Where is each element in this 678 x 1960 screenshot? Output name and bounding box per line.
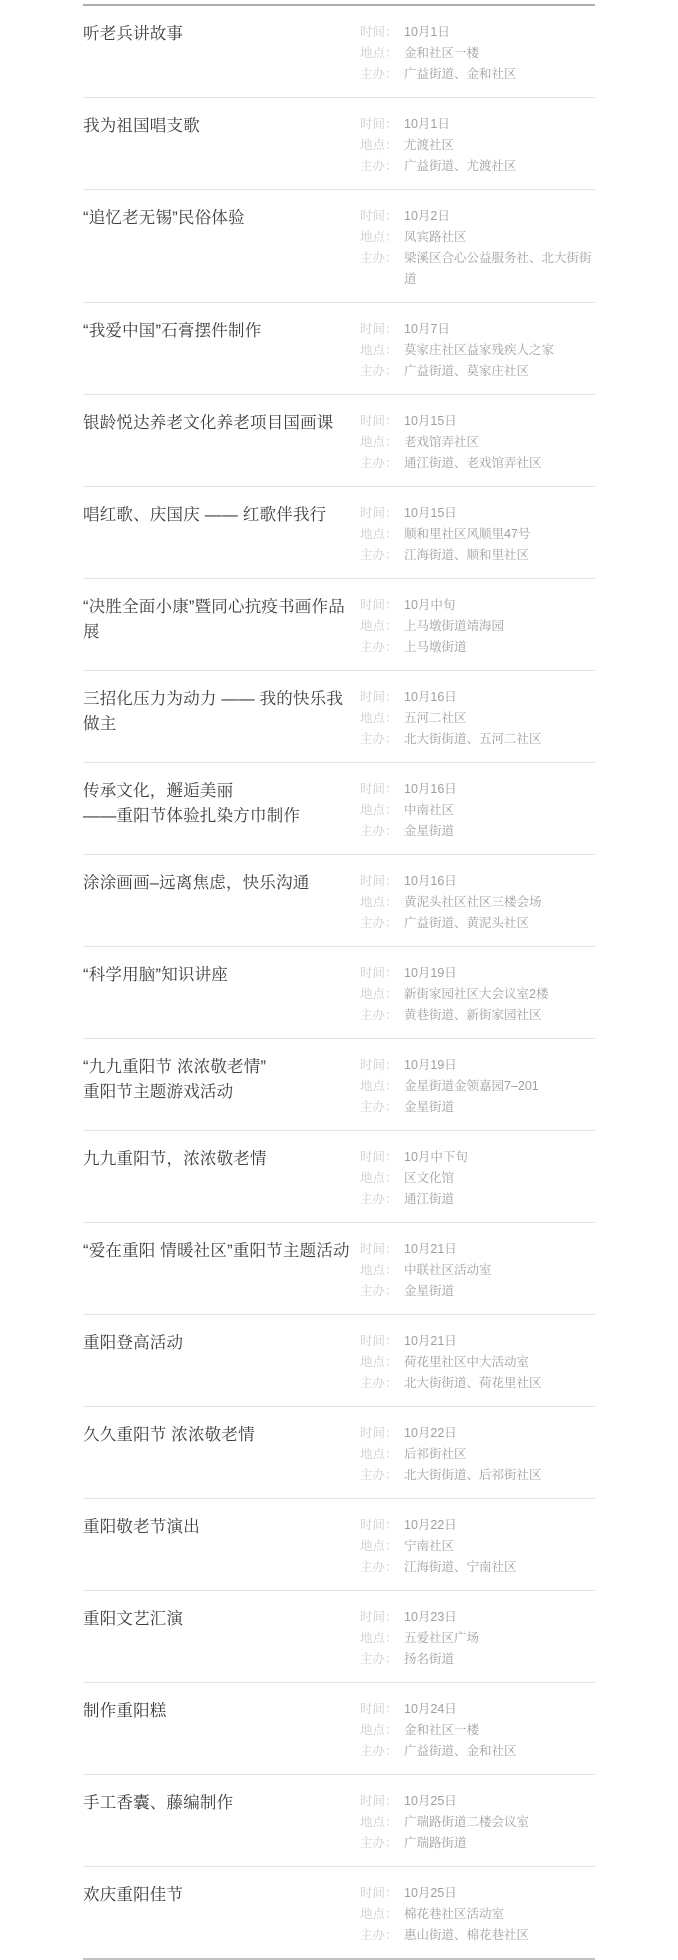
time-label: 时间： (360, 1607, 404, 1628)
event-time-line: 时间： 10月16日 (360, 871, 595, 892)
location-label: 地点： (360, 1904, 404, 1925)
event-time-line: 时间： 10月15日 (360, 503, 595, 524)
time-label: 时间： (360, 1883, 404, 1904)
location-label: 地点： (360, 1628, 404, 1649)
event-location-line: 地点： 凤宾路社区 (360, 227, 595, 248)
time-label: 时间： (360, 114, 404, 135)
organizer-label: 主办： (360, 821, 404, 842)
organizer-label: 主办： (360, 637, 404, 658)
organizer-value: 金星街道 (404, 1281, 595, 1302)
event-meta: 时间： 10月1日 地点： 尤渡社区 主办： 广益街道、尤渡社区 (360, 114, 595, 177)
location-label: 地点： (360, 616, 404, 637)
location-label: 地点： (360, 1812, 404, 1833)
location-label: 地点： (360, 43, 404, 64)
location-value: 黄泥头社区社区三楼会场 (404, 892, 595, 913)
organizer-label: 主办： (360, 1833, 404, 1854)
location-value: 上马墩街道靖海园 (404, 616, 595, 637)
event-row: 我为祖国唱支歌 时间： 10月1日 地点： 尤渡社区 主办： 广益街道、尤渡社区 (83, 98, 595, 190)
time-value: 10月25日 (404, 1883, 595, 1904)
organizer-value: 江海街道、宁南社区 (404, 1557, 595, 1578)
location-label: 地点： (360, 1260, 404, 1281)
event-row: 三招化压力为动力 —— 我的快乐我做主 时间： 10月16日 地点： 五河二社区… (83, 671, 595, 763)
events-page: 听老兵讲故事 时间： 10月1日 地点： 金和社区一楼 主办： 广益街道、金和社… (0, 4, 678, 1960)
event-meta: 时间： 10月15日 地点： 老戏馆弄社区 主办： 通江街道、老戏馆弄社区 (360, 411, 595, 474)
location-value: 区文化馆 (404, 1168, 595, 1189)
organizer-value: 江海街道、顺和里社区 (404, 545, 595, 566)
organizer-label: 主办： (360, 1005, 404, 1026)
organizer-label: 主办： (360, 361, 404, 382)
event-time-line: 时间： 10月15日 (360, 411, 595, 432)
event-title: 重阳登高活动 (83, 1331, 360, 1356)
event-title: 我为祖国唱支歌 (83, 114, 360, 139)
organizer-label: 主办： (360, 1281, 404, 1302)
event-meta: 时间： 10月16日 地点： 中南社区 主办： 金星街道 (360, 779, 595, 842)
location-label: 地点： (360, 135, 404, 156)
event-time-line: 时间： 10月23日 (360, 1607, 595, 1628)
event-time-line: 时间： 10月2日 (360, 206, 595, 227)
event-location-line: 地点： 新街家园社区大会议室2楼 (360, 984, 595, 1005)
time-label: 时间： (360, 779, 404, 800)
event-meta: 时间： 10月1日 地点： 金和社区一楼 主办： 广益街道、金和社区 (360, 22, 595, 85)
event-organizer-line: 主办： 广益街道、金和社区 (360, 1741, 595, 1762)
event-time-line: 时间： 10月25日 (360, 1791, 595, 1812)
event-organizer-line: 主办： 广瑞路街道 (360, 1833, 595, 1854)
event-organizer-line: 主办： 广益街道、尤渡社区 (360, 156, 595, 177)
location-label: 地点： (360, 524, 404, 545)
time-label: 时间： (360, 595, 404, 616)
event-time-line: 时间： 10月21日 (360, 1331, 595, 1352)
event-organizer-line: 主办： 通江街道 (360, 1189, 595, 1210)
event-location-line: 地点： 上马墩街道靖海园 (360, 616, 595, 637)
location-value: 新街家园社区大会议室2楼 (404, 984, 595, 1005)
time-label: 时间： (360, 1791, 404, 1812)
time-label: 时间： (360, 503, 404, 524)
time-label: 时间： (360, 1331, 404, 1352)
event-title: “爱在重阳 情暖社区”重阳节主题活动 (83, 1239, 360, 1264)
event-organizer-line: 主办： 通江街道、老戏馆弄社区 (360, 453, 595, 474)
organizer-value: 广益街道、金和社区 (404, 64, 595, 85)
location-label: 地点： (360, 227, 404, 248)
location-label: 地点： (360, 1168, 404, 1189)
organizer-value: 广瑞路街道 (404, 1833, 595, 1854)
organizer-label: 主办： (360, 1373, 404, 1394)
location-value: 老戏馆弄社区 (404, 432, 595, 453)
event-title: 重阳敬老节演出 (83, 1515, 360, 1540)
organizer-label: 主办： (360, 545, 404, 566)
organizer-value: 通江街道、老戏馆弄社区 (404, 453, 595, 474)
event-time-line: 时间： 10月22日 (360, 1515, 595, 1536)
organizer-label: 主办： (360, 248, 404, 290)
location-label: 地点： (360, 1444, 404, 1465)
event-title: “九九重阳节 浓浓敬老情” 重阳节主题游戏活动 (83, 1055, 360, 1105)
time-label: 时间： (360, 687, 404, 708)
location-label: 地点： (360, 1536, 404, 1557)
organizer-value: 广益街道、金和社区 (404, 1741, 595, 1762)
event-location-line: 地点： 棉花巷社区活动室 (360, 1904, 595, 1925)
event-meta: 时间： 10月22日 地点： 后祁街社区 主办： 北大街街道、后祁街社区 (360, 1423, 595, 1486)
event-title: 九九重阳节，浓浓敬老情 (83, 1147, 360, 1172)
event-meta: 时间： 10月2日 地点： 凤宾路社区 主办： 梁溪区合心公益服务社、北大街街道 (360, 206, 595, 290)
location-value: 宁南社区 (404, 1536, 595, 1557)
event-location-line: 地点： 尤渡社区 (360, 135, 595, 156)
event-meta: 时间： 10月19日 地点： 新街家园社区大会议室2楼 主办： 黄巷街道、新街家… (360, 963, 595, 1026)
event-time-line: 时间： 10月21日 (360, 1239, 595, 1260)
event-location-line: 地点： 金和社区一楼 (360, 43, 595, 64)
location-value: 尤渡社区 (404, 135, 595, 156)
organizer-label: 主办： (360, 1097, 404, 1118)
event-meta: 时间： 10月25日 地点： 棉花巷社区活动室 主办： 惠山街道、棉花巷社区 (360, 1883, 595, 1946)
time-label: 时间： (360, 1147, 404, 1168)
event-row: 制作重阳糕 时间： 10月24日 地点： 金和社区一楼 主办： 广益街道、金和社… (83, 1683, 595, 1775)
time-value: 10月16日 (404, 779, 595, 800)
time-value: 10月1日 (404, 22, 595, 43)
event-organizer-line: 主办： 扬名街道 (360, 1649, 595, 1670)
event-organizer-line: 主办： 惠山街道、棉花巷社区 (360, 1925, 595, 1946)
event-meta: 时间： 10月中下旬 地点： 区文化馆 主办： 通江街道 (360, 1147, 595, 1210)
time-label: 时间： (360, 319, 404, 340)
organizer-label: 主办： (360, 1741, 404, 1762)
event-meta: 时间： 10月23日 地点： 五爱社区广场 主办： 扬名街道 (360, 1607, 595, 1670)
location-value: 中联社区活动室 (404, 1260, 595, 1281)
event-time-line: 时间： 10月22日 (360, 1423, 595, 1444)
event-title: “我爱中国”石膏摆件制作 (83, 319, 360, 344)
event-meta: 时间： 10月19日 地点： 金星街道金领嘉园7–201 主办： 金星街道 (360, 1055, 595, 1118)
event-title: 制作重阳糕 (83, 1699, 360, 1724)
location-label: 地点： (360, 1352, 404, 1373)
event-time-line: 时间： 10月中下旬 (360, 1147, 595, 1168)
event-organizer-line: 主办： 江海街道、宁南社区 (360, 1557, 595, 1578)
time-label: 时间： (360, 411, 404, 432)
event-location-line: 地点： 老戏馆弄社区 (360, 432, 595, 453)
organizer-label: 主办： (360, 1557, 404, 1578)
location-label: 地点： (360, 892, 404, 913)
location-value: 顺和里社区风顺里47号 (404, 524, 595, 545)
event-row: “爱在重阳 情暖社区”重阳节主题活动 时间： 10月21日 地点： 中联社区活动… (83, 1223, 595, 1315)
location-label: 地点： (360, 432, 404, 453)
organizer-value: 广益街道、尤渡社区 (404, 156, 595, 177)
event-time-line: 时间： 10月1日 (360, 114, 595, 135)
event-title: 三招化压力为动力 —— 我的快乐我做主 (83, 687, 360, 737)
organizer-value: 梁溪区合心公益服务社、北大街街道 (404, 248, 595, 290)
event-time-line: 时间： 10月1日 (360, 22, 595, 43)
event-row: 重阳登高活动 时间： 10月21日 地点： 荷花里社区中大活动室 主办： 北大街… (83, 1315, 595, 1407)
time-value: 10月25日 (404, 1791, 595, 1812)
event-row: “九九重阳节 浓浓敬老情” 重阳节主题游戏活动 时间： 10月19日 地点： 金… (83, 1039, 595, 1131)
event-location-line: 地点： 顺和里社区风顺里47号 (360, 524, 595, 545)
location-label: 地点： (360, 1076, 404, 1097)
time-label: 时间： (360, 871, 404, 892)
event-location-line: 地点： 莫家庄社区益家残疾人之家 (360, 340, 595, 361)
event-meta: 时间： 10月24日 地点： 金和社区一楼 主办： 广益街道、金和社区 (360, 1699, 595, 1762)
time-label: 时间： (360, 1423, 404, 1444)
time-label: 时间： (360, 963, 404, 984)
event-title: “决胜全面小康”暨同心抗疫书画作品展 (83, 595, 360, 645)
organizer-value: 北大街街道、荷花里社区 (404, 1373, 595, 1394)
event-organizer-line: 主办： 金星街道 (360, 1097, 595, 1118)
time-label: 时间： (360, 1699, 404, 1720)
organizer-value: 惠山街道、棉花巷社区 (404, 1925, 595, 1946)
event-time-line: 时间： 10月中旬 (360, 595, 595, 616)
organizer-value: 通江街道 (404, 1189, 595, 1210)
event-time-line: 时间： 10月19日 (360, 963, 595, 984)
event-location-line: 地点： 中联社区活动室 (360, 1260, 595, 1281)
event-location-line: 地点： 金和社区一楼 (360, 1720, 595, 1741)
organizer-value: 上马墩街道 (404, 637, 595, 658)
event-row: 重阳文艺汇演 时间： 10月23日 地点： 五爱社区广场 主办： 扬名街道 (83, 1591, 595, 1683)
event-list: 听老兵讲故事 时间： 10月1日 地点： 金和社区一楼 主办： 广益街道、金和社… (83, 4, 595, 1960)
time-label: 时间： (360, 1239, 404, 1260)
organizer-label: 主办： (360, 453, 404, 474)
time-label: 时间： (360, 1515, 404, 1536)
event-meta: 时间： 10月中旬 地点： 上马墩街道靖海园 主办： 上马墩街道 (360, 595, 595, 658)
location-value: 广瑞路街道二楼会议室 (404, 1812, 595, 1833)
event-organizer-line: 主办： 广益街道、金和社区 (360, 64, 595, 85)
time-value: 10月16日 (404, 871, 595, 892)
event-row: 九九重阳节，浓浓敬老情 时间： 10月中下旬 地点： 区文化馆 主办： 通江街道 (83, 1131, 595, 1223)
event-location-line: 地点： 五河二社区 (360, 708, 595, 729)
event-title: 手工香囊、藤编制作 (83, 1791, 360, 1816)
time-value: 10月19日 (404, 1055, 595, 1076)
time-label: 时间： (360, 1055, 404, 1076)
time-value: 10月7日 (404, 319, 595, 340)
organizer-value: 黄巷街道、新街家园社区 (404, 1005, 595, 1026)
time-value: 10月中旬 (404, 595, 595, 616)
location-label: 地点： (360, 800, 404, 821)
event-location-line: 地点： 后祁街社区 (360, 1444, 595, 1465)
event-meta: 时间： 10月16日 地点： 五河二社区 主办： 北大街街道、五河二社区 (360, 687, 595, 750)
location-value: 金和社区一楼 (404, 43, 595, 64)
location-value: 莫家庄社区益家残疾人之家 (404, 340, 595, 361)
event-location-line: 地点： 五爱社区广场 (360, 1628, 595, 1649)
time-value: 10月22日 (404, 1423, 595, 1444)
event-organizer-line: 主办： 广益街道、莫家庄社区 (360, 361, 595, 382)
event-location-line: 地点： 广瑞路街道二楼会议室 (360, 1812, 595, 1833)
time-label: 时间： (360, 22, 404, 43)
event-time-line: 时间： 10月7日 (360, 319, 595, 340)
event-title: 涂涂画画–远离焦虑，快乐沟通 (83, 871, 360, 896)
location-value: 中南社区 (404, 800, 595, 821)
event-location-line: 地点： 宁南社区 (360, 1536, 595, 1557)
organizer-value: 广益街道、莫家庄社区 (404, 361, 595, 382)
event-time-line: 时间： 10月16日 (360, 687, 595, 708)
event-row: “科学用脑”知识讲座 时间： 10月19日 地点： 新街家园社区大会议室2楼 主… (83, 947, 595, 1039)
event-meta: 时间： 10月15日 地点： 顺和里社区风顺里47号 主办： 江海街道、顺和里社… (360, 503, 595, 566)
location-value: 金星街道金领嘉园7–201 (404, 1076, 595, 1097)
event-row: “决胜全面小康”暨同心抗疫书画作品展 时间： 10月中旬 地点： 上马墩街道靖海… (83, 579, 595, 671)
time-value: 10月中下旬 (404, 1147, 595, 1168)
event-title: 欢庆重阳佳节 (83, 1883, 360, 1908)
event-location-line: 地点： 区文化馆 (360, 1168, 595, 1189)
time-value: 10月1日 (404, 114, 595, 135)
event-title: 唱红歌、庆国庆 —— 红歌伴我行 (83, 503, 360, 528)
event-organizer-line: 主办： 梁溪区合心公益服务社、北大街街道 (360, 248, 595, 290)
location-value: 棉花巷社区活动室 (404, 1904, 595, 1925)
event-row: 重阳敬老节演出 时间： 10月22日 地点： 宁南社区 主办： 江海街道、宁南社… (83, 1499, 595, 1591)
event-organizer-line: 主办： 北大街街道、荷花里社区 (360, 1373, 595, 1394)
time-value: 10月19日 (404, 963, 595, 984)
event-row: 听老兵讲故事 时间： 10月1日 地点： 金和社区一楼 主办： 广益街道、金和社… (83, 6, 595, 98)
organizer-value: 北大街街道、五河二社区 (404, 729, 595, 750)
event-time-line: 时间： 10月16日 (360, 779, 595, 800)
organizer-label: 主办： (360, 1925, 404, 1946)
location-label: 地点： (360, 1720, 404, 1741)
event-organizer-line: 主办： 金星街道 (360, 1281, 595, 1302)
location-label: 地点： (360, 708, 404, 729)
time-value: 10月24日 (404, 1699, 595, 1720)
organizer-value: 北大街街道、后祁街社区 (404, 1465, 595, 1486)
time-value: 10月15日 (404, 503, 595, 524)
location-value: 后祁街社区 (404, 1444, 595, 1465)
event-time-line: 时间： 10月24日 (360, 1699, 595, 1720)
event-organizer-line: 主办： 北大街街道、五河二社区 (360, 729, 595, 750)
event-title: “追忆老无锡”民俗体验 (83, 206, 360, 231)
event-organizer-line: 主办： 北大街街道、后祁街社区 (360, 1465, 595, 1486)
organizer-value: 金星街道 (404, 821, 595, 842)
organizer-label: 主办： (360, 729, 404, 750)
event-title: “科学用脑”知识讲座 (83, 963, 360, 988)
event-organizer-line: 主办： 江海街道、顺和里社区 (360, 545, 595, 566)
event-row: “追忆老无锡”民俗体验 时间： 10月2日 地点： 凤宾路社区 主办： 梁溪区合… (83, 190, 595, 303)
event-row: 手工香囊、藤编制作 时间： 10月25日 地点： 广瑞路街道二楼会议室 主办： … (83, 1775, 595, 1867)
organizer-value: 广益街道、黄泥头社区 (404, 913, 595, 934)
event-row: 涂涂画画–远离焦虑，快乐沟通 时间： 10月16日 地点： 黄泥头社区社区三楼会… (83, 855, 595, 947)
event-meta: 时间： 10月21日 地点： 中联社区活动室 主办： 金星街道 (360, 1239, 595, 1302)
location-value: 凤宾路社区 (404, 227, 595, 248)
organizer-value: 金星街道 (404, 1097, 595, 1118)
location-value: 金和社区一楼 (404, 1720, 595, 1741)
event-organizer-line: 主办： 黄巷街道、新街家园社区 (360, 1005, 595, 1026)
event-location-line: 地点： 黄泥头社区社区三楼会场 (360, 892, 595, 913)
event-meta: 时间： 10月7日 地点： 莫家庄社区益家残疾人之家 主办： 广益街道、莫家庄社… (360, 319, 595, 382)
event-title: 重阳文艺汇演 (83, 1607, 360, 1632)
organizer-label: 主办： (360, 1649, 404, 1670)
event-location-line: 地点： 中南社区 (360, 800, 595, 821)
event-time-line: 时间： 10月19日 (360, 1055, 595, 1076)
location-label: 地点： (360, 340, 404, 361)
event-organizer-line: 主办： 金星街道 (360, 821, 595, 842)
time-value: 10月2日 (404, 206, 595, 227)
event-time-line: 时间： 10月25日 (360, 1883, 595, 1904)
organizer-value: 扬名街道 (404, 1649, 595, 1670)
event-row: 传承文化，邂逅美丽 ——重阳节体验扎染方巾制作 时间： 10月16日 地点： 中… (83, 763, 595, 855)
event-title: 传承文化，邂逅美丽 ——重阳节体验扎染方巾制作 (83, 779, 360, 829)
time-value: 10月21日 (404, 1239, 595, 1260)
event-row: “我爱中国”石膏摆件制作 时间： 10月7日 地点： 莫家庄社区益家残疾人之家 … (83, 303, 595, 395)
location-value: 荷花里社区中大活动室 (404, 1352, 595, 1373)
event-meta: 时间： 10月21日 地点： 荷花里社区中大活动室 主办： 北大街街道、荷花里社… (360, 1331, 595, 1394)
location-label: 地点： (360, 984, 404, 1005)
event-meta: 时间： 10月22日 地点： 宁南社区 主办： 江海街道、宁南社区 (360, 1515, 595, 1578)
organizer-label: 主办： (360, 156, 404, 177)
event-row: 银龄悦达养老文化养老项目国画课 时间： 10月15日 地点： 老戏馆弄社区 主办… (83, 395, 595, 487)
time-value: 10月22日 (404, 1515, 595, 1536)
time-label: 时间： (360, 206, 404, 227)
event-meta: 时间： 10月25日 地点： 广瑞路街道二楼会议室 主办： 广瑞路街道 (360, 1791, 595, 1854)
event-row: 唱红歌、庆国庆 —— 红歌伴我行 时间： 10月15日 地点： 顺和里社区风顺里… (83, 487, 595, 579)
time-value: 10月23日 (404, 1607, 595, 1628)
event-title: 久久重阳节 浓浓敬老情 (83, 1423, 360, 1448)
location-value: 五河二社区 (404, 708, 595, 729)
organizer-label: 主办： (360, 913, 404, 934)
event-title: 听老兵讲故事 (83, 22, 360, 47)
location-value: 五爱社区广场 (404, 1628, 595, 1649)
organizer-label: 主办： (360, 1189, 404, 1210)
organizer-label: 主办： (360, 1465, 404, 1486)
event-location-line: 地点： 金星街道金领嘉园7–201 (360, 1076, 595, 1097)
time-value: 10月15日 (404, 411, 595, 432)
event-organizer-line: 主办： 广益街道、黄泥头社区 (360, 913, 595, 934)
event-location-line: 地点： 荷花里社区中大活动室 (360, 1352, 595, 1373)
event-row: 久久重阳节 浓浓敬老情 时间： 10月22日 地点： 后祁街社区 主办： 北大街… (83, 1407, 595, 1499)
event-title: 银龄悦达养老文化养老项目国画课 (83, 411, 360, 436)
event-meta: 时间： 10月16日 地点： 黄泥头社区社区三楼会场 主办： 广益街道、黄泥头社… (360, 871, 595, 934)
event-organizer-line: 主办： 上马墩街道 (360, 637, 595, 658)
organizer-label: 主办： (360, 64, 404, 85)
time-value: 10月16日 (404, 687, 595, 708)
time-value: 10月21日 (404, 1331, 595, 1352)
